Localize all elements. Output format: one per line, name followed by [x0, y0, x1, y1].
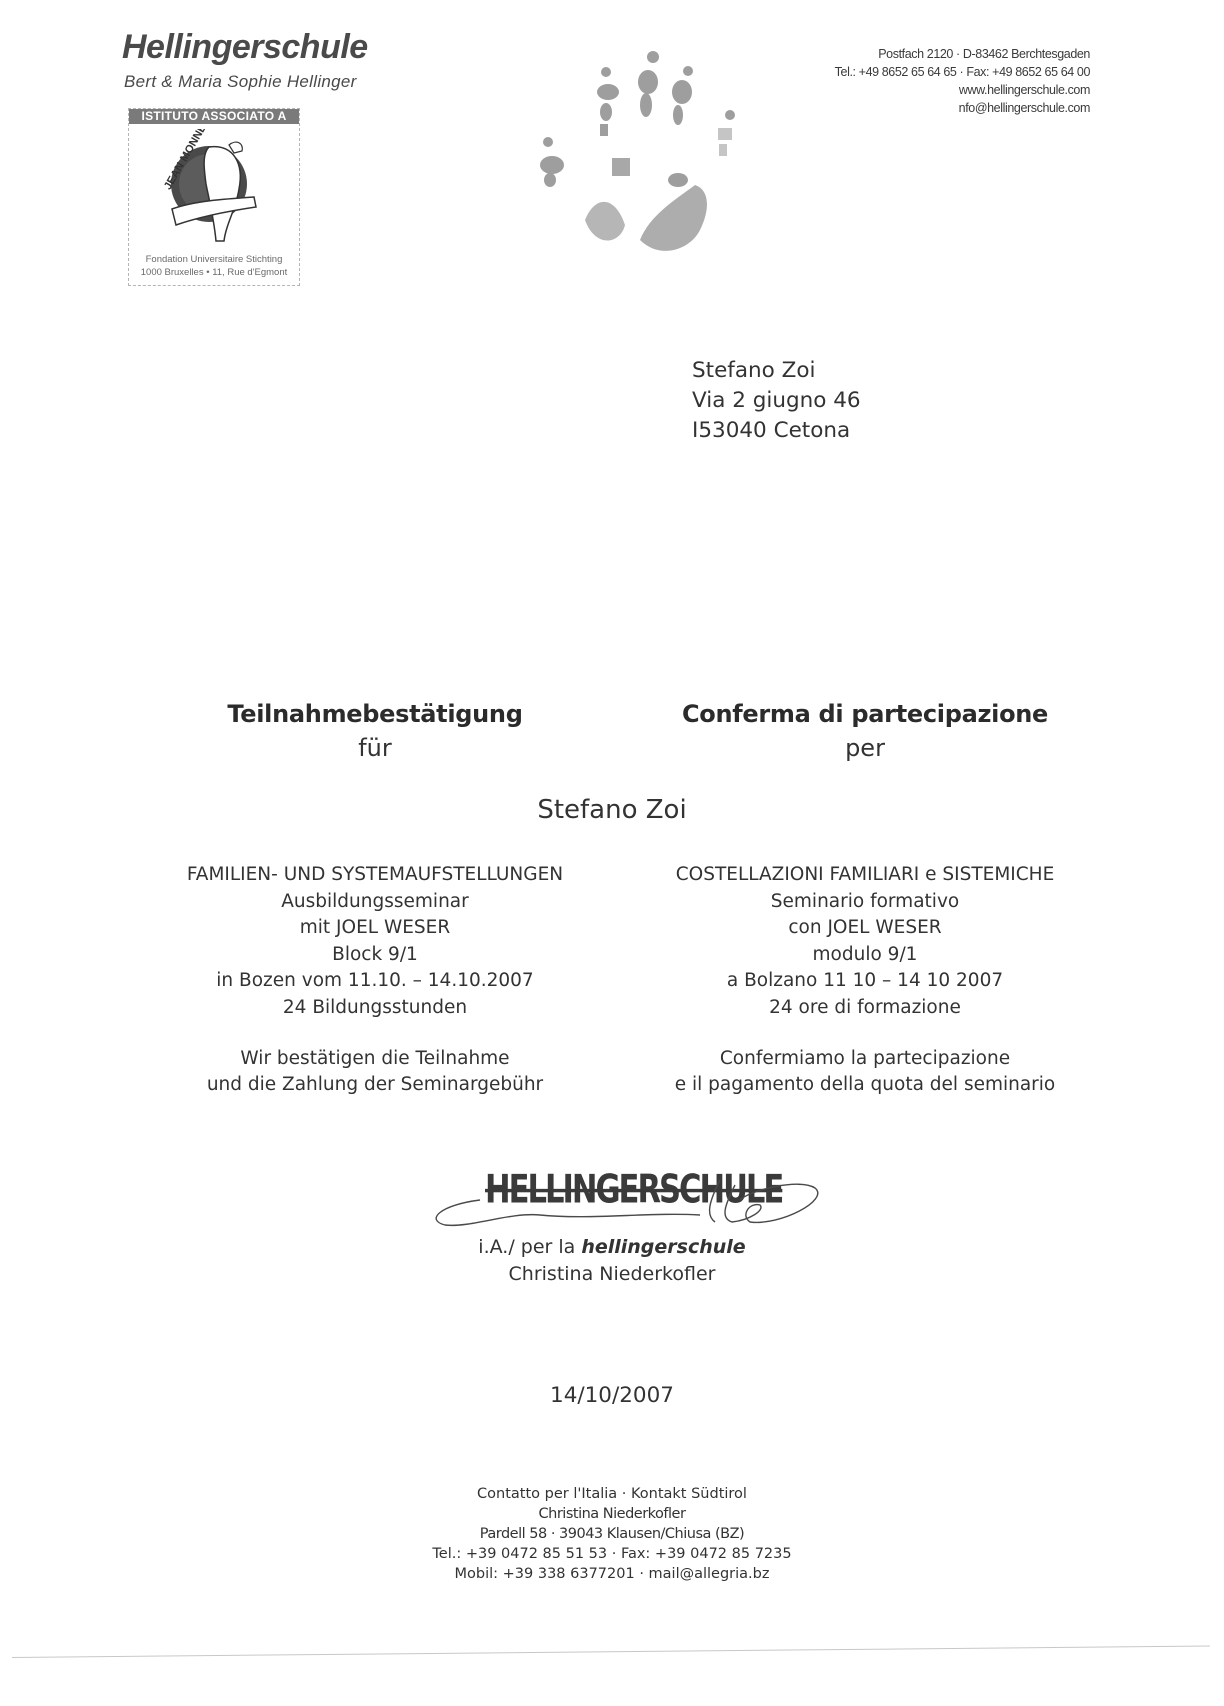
footer-contact: Contatto per l'Italia · Kontakt Südtirol… — [0, 1484, 1224, 1584]
title-de: Teilnahmebestätigung — [150, 700, 600, 728]
jean-monnet-logo: ISTITUTO ASSOCIATO A JEAN MONNET Fondati… — [128, 108, 300, 286]
seminar-dates-de: in Bozen vom 11.10. – 14.10.2007 — [150, 968, 600, 995]
footer-heading: Contatto per l'Italia · Kontakt Südtirol — [0, 1484, 1224, 1504]
handprint-icon — [500, 20, 740, 260]
seminar-topic-de: FAMILIEN- UND SYSTEMAUFSTELLUNGEN — [150, 862, 600, 889]
on-behalf-line: i.A./ per la hellingerschule — [0, 1236, 1224, 1258]
confirmation-it-line1: Confermiamo la partecipazione — [625, 1046, 1105, 1072]
confirmation-de-line2: und die Zahlung der Seminargebühr — [150, 1072, 600, 1098]
seminar-topic-it: COSTELLAZIONI FAMILIARI e SISTEMICHE — [625, 862, 1105, 889]
seminar-block-it: modulo 9/1 — [625, 942, 1105, 969]
on-behalf-brand: hellingerschule — [581, 1236, 745, 1258]
seminar-type-de: Ausbildungsseminar — [150, 889, 600, 916]
dove-emblem-icon: JEAN MONNET — [154, 129, 274, 244]
brand-subtitle: Bert & Maria Sophie Hellinger — [124, 72, 357, 92]
recipient-address: Stefano Zoi Via 2 giugno 46 I53040 Ceton… — [692, 356, 861, 446]
seminar-hours-it: 24 ore di formazione — [625, 995, 1105, 1022]
contact-email[interactable]: nfo@hellingerschule.com — [835, 99, 1090, 117]
recipient-street: Via 2 giugno 46 — [692, 386, 861, 416]
signer-name: Christina Niederkofler — [0, 1263, 1224, 1285]
logo-caption-line2: 1000 Bruxelles • 11, Rue d'Egmont — [129, 267, 299, 278]
brand-title: Hellingerschule — [122, 28, 368, 67]
logo-caption-line1: Fondation Universitaire Stichting — [129, 254, 299, 265]
seminar-block-de: Block 9/1 — [150, 942, 600, 969]
details-de: FAMILIEN- UND SYSTEMAUFSTELLUNGEN Ausbil… — [150, 862, 600, 1021]
contact-address: Postfach 2120 · D-83462 Berchtesgaden — [835, 45, 1090, 63]
title-it: Conferma di partecipazione — [625, 700, 1105, 728]
logo-banner: ISTITUTO ASSOCIATO A — [129, 109, 299, 124]
seminar-trainer-de: mit JOEL WESER — [150, 915, 600, 942]
seminar-hours-de: 24 Bildungsstunden — [150, 995, 600, 1022]
for-it: per — [625, 734, 1105, 762]
footer-contact-name: Christina Niederkofler — [0, 1504, 1224, 1524]
seminar-type-it: Seminario formativo — [625, 889, 1105, 916]
footer-phone-fax: Tel.: +39 0472 85 51 53 · Fax: +39 0472 … — [0, 1544, 1224, 1564]
seminar-trainer-it: con JOEL WESER — [625, 915, 1105, 942]
for-de: für — [150, 734, 600, 762]
confirmation-de: Wir bestätigen die Teilnahme und die Zah… — [150, 1046, 600, 1098]
letterhead-contact: Postfach 2120 · D-83462 Berchtesgaden Te… — [835, 45, 1090, 117]
confirmation-it-line2: e il pagamento della quota del seminario — [625, 1072, 1105, 1098]
recipient-city: I53040 Cetona — [692, 416, 861, 446]
issue-date: 14/10/2007 — [0, 1383, 1224, 1408]
on-behalf-prefix: i.A./ per la — [478, 1236, 581, 1258]
seminar-dates-it: a Bolzano 11 10 – 14 10 2007 — [625, 968, 1105, 995]
footer-mobile-email: Mobil: +39 338 6377201 · mail@allegria.b… — [0, 1564, 1224, 1584]
bottom-divider — [12, 1646, 1210, 1658]
signature-stamp: HELLINGERSCHULE — [420, 1160, 840, 1240]
contact-phone-fax: Tel.: +49 8652 65 64 65 · Fax: +49 8652 … — [835, 63, 1090, 81]
footer-address: Pardell 58 · 39043 Klausen/Chiusa (BZ) — [0, 1524, 1224, 1544]
handwritten-signature-icon — [420, 1160, 840, 1240]
details-it: COSTELLAZIONI FAMILIARI e SISTEMICHE Sem… — [625, 862, 1105, 1021]
participant-name: Stefano Zoi — [0, 795, 1224, 825]
confirmation-de-line1: Wir bestätigen die Teilnahme — [150, 1046, 600, 1072]
contact-website[interactable]: www.hellingerschule.com — [835, 81, 1090, 99]
confirmation-it: Confermiamo la partecipazione e il pagam… — [625, 1046, 1105, 1098]
recipient-name: Stefano Zoi — [692, 356, 861, 386]
